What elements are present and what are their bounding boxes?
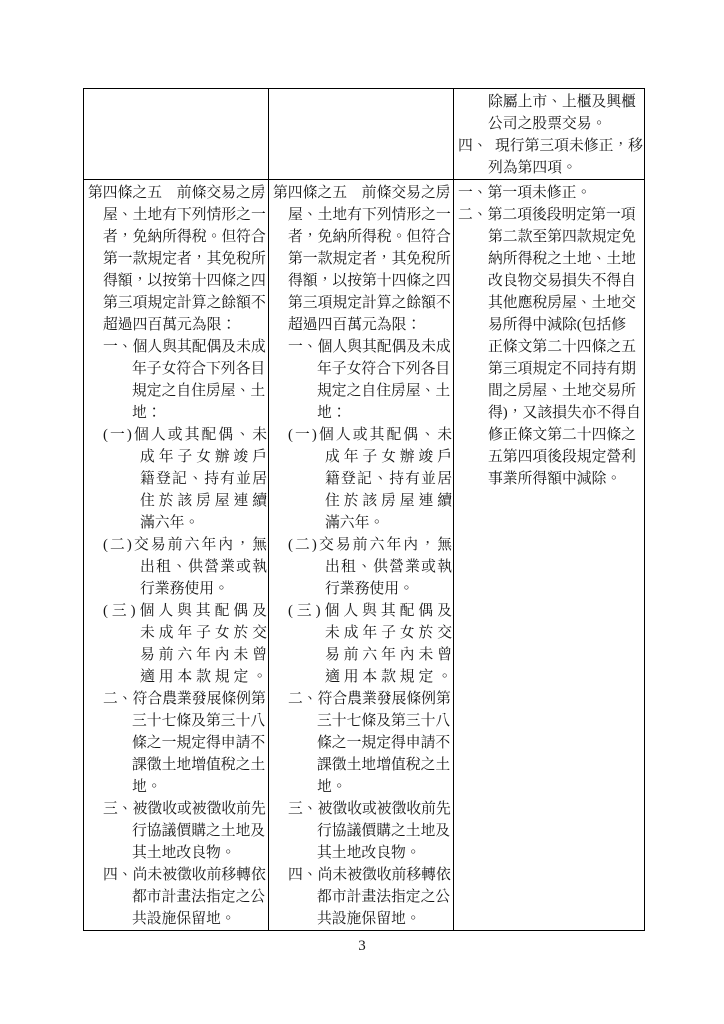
- text-line: 第二款至第四款規定免: [458, 226, 643, 248]
- text-line: 住於該房屋連續: [88, 490, 267, 512]
- text-line: 共設施保留地。: [88, 908, 267, 930]
- text-line: 易前六年內未曾: [273, 644, 452, 666]
- text-line: 籍登記、持有並居: [88, 468, 267, 490]
- text-line: 滿六年。: [88, 512, 267, 534]
- text-line: 行協議價購之土地及: [88, 820, 267, 842]
- text-line: 易所得中減除(包括修: [458, 314, 643, 336]
- text-line: 修正條文第二十四條之: [458, 424, 643, 446]
- text-line: 條之一規定得申請不: [273, 732, 452, 754]
- text-line: 滿六年。: [273, 512, 452, 534]
- text-line: 出租、供營業或執: [273, 556, 452, 578]
- text-line: 未成年子女於交: [88, 622, 267, 644]
- text-line: 住於該房屋連續: [273, 490, 452, 512]
- text-line: 超過四百萬元為限：: [88, 314, 267, 336]
- text-line: 適用本款規定。: [273, 666, 452, 688]
- text-line: (二)交易前六年內，無: [88, 534, 267, 556]
- text-line: 未成年子女於交: [273, 622, 452, 644]
- text-line: 其他應稅房屋、土地交: [458, 292, 643, 314]
- text-line: 一、個人與其配偶及未成: [88, 336, 267, 358]
- text-line: 三、被徵收或被徵收前先: [273, 798, 452, 820]
- text-line: 出租、供營業或執: [88, 556, 267, 578]
- text-line: 適用本款規定。: [88, 666, 267, 688]
- text-line: (二)交易前六年內，無: [273, 534, 452, 556]
- text-line: 正條文第二十四條之五: [458, 336, 643, 358]
- text-line: 易前六年內未曾: [88, 644, 267, 666]
- text-line: 課徵土地增值稅之土: [88, 754, 267, 776]
- text-line: 都市計畫法指定之公: [273, 886, 452, 908]
- text-line: 二、符合農業發展條例第: [88, 688, 267, 710]
- text-line: 其土地改良物。: [88, 842, 267, 864]
- text-line: 公司之股票交易。: [458, 113, 643, 135]
- text-line: 得)，又該損失亦不得自: [458, 402, 643, 424]
- text-line: 年子女符合下列各目: [273, 358, 452, 380]
- text-line: 一、第一項未修正。: [458, 182, 643, 204]
- text-line: 第一款規定者，其免稅所: [273, 248, 452, 270]
- text-line: 第四條之五 前條交易之房: [273, 182, 452, 204]
- text-line: 地：: [273, 402, 452, 424]
- text-line: (三)個人與其配偶及: [273, 600, 452, 622]
- text-line: 事業所得額中減除。: [458, 468, 643, 490]
- text-line: 成年子女辦竣戶: [273, 446, 452, 468]
- text-line: 行業務使用。: [273, 578, 452, 600]
- comparison-table-body: 除屬上市、上櫃及興櫃公司之股票交易。四、 現行第三項未修正，移列為第四項。第四條…: [84, 89, 645, 931]
- text-line: 屋、土地有下列情形之一: [88, 204, 267, 226]
- text-line: (一)個人或其配偶、未: [88, 424, 267, 446]
- text-line: 列為第四項。: [458, 157, 643, 179]
- text-line: 都市計畫法指定之公: [88, 886, 267, 908]
- text-line: 四、尚未被徵收前移轉依: [88, 864, 267, 886]
- text-line: 地。: [88, 776, 267, 798]
- text-line: 成年子女辦竣戶: [88, 446, 267, 468]
- text-line: 四、 現行第三項未修正，移: [458, 135, 643, 157]
- text-line: 二、第二項後段明定第一項: [458, 204, 643, 226]
- text-line: 年子女符合下列各目: [88, 358, 267, 380]
- text-line: 籍登記、持有並居: [273, 468, 452, 490]
- text-line: (一)個人或其配偶、未: [273, 424, 452, 446]
- text-line: 除屬上市、上櫃及興櫃: [458, 91, 643, 113]
- text-line: 行協議價購之土地及: [273, 820, 452, 842]
- cell-carryover-current: [269, 89, 454, 180]
- page-number: 3: [0, 936, 724, 956]
- text-line: 改良物交易損失不得自: [458, 270, 643, 292]
- text-line: 者，免納所得稅。但符合: [273, 226, 452, 248]
- document-page: 除屬上市、上櫃及興櫃公司之股票交易。四、 現行第三項未修正，移列為第四項。第四條…: [0, 0, 724, 1024]
- text-line: 地。: [273, 776, 452, 798]
- text-line: 三、被徵收或被徵收前先: [88, 798, 267, 820]
- cell-carryover-explanation: 除屬上市、上櫃及興櫃公司之股票交易。四、 現行第三項未修正，移列為第四項。: [454, 89, 645, 180]
- text-line: 第三項規定不同持有期: [458, 358, 643, 380]
- cell-carryover-amended: [84, 89, 269, 180]
- text-line: 屋、土地有下列情形之一: [273, 204, 452, 226]
- text-line: 條之一規定得申請不: [88, 732, 267, 754]
- cell-article-current: 第四條之五 前條交易之房屋、土地有下列情形之一者，免納所得稅。但符合第一款規定者…: [269, 180, 454, 931]
- text-line: 間之房屋、土地交易所: [458, 380, 643, 402]
- table-row: 除屬上市、上櫃及興櫃公司之股票交易。四、 現行第三項未修正，移列為第四項。: [84, 89, 645, 180]
- cell-article-explanation: 一、第一項未修正。二、第二項後段明定第一項第二款至第四款規定免納所得稅之土地、土…: [454, 180, 645, 931]
- text-line: 共設施保留地。: [273, 908, 452, 930]
- text-line: 一、個人與其配偶及未成: [273, 336, 452, 358]
- text-line: 第四條之五 前條交易之房: [88, 182, 267, 204]
- text-line: 二、符合農業發展條例第: [273, 688, 452, 710]
- text-line: 超過四百萬元為限：: [273, 314, 452, 336]
- text-line: 地：: [88, 402, 267, 424]
- text-line: (三)個人與其配偶及: [88, 600, 267, 622]
- text-line: 三十七條及第三十八: [273, 710, 452, 732]
- text-line: 得額，以按第十四條之四: [88, 270, 267, 292]
- text-line: 第三項規定計算之餘額不: [88, 292, 267, 314]
- table-row: 第四條之五 前條交易之房屋、土地有下列情形之一者，免納所得稅。但符合第一款規定者…: [84, 180, 645, 931]
- text-line: 五第四項後段規定營利: [458, 446, 643, 468]
- text-line: 規定之自住房屋、土: [88, 380, 267, 402]
- text-line: 四、尚未被徵收前移轉依: [273, 864, 452, 886]
- text-line: 第三項規定計算之餘額不: [273, 292, 452, 314]
- text-line: 課徵土地增值稅之土: [273, 754, 452, 776]
- text-line: 得額，以按第十四條之四: [273, 270, 452, 292]
- text-line: 規定之自住房屋、土: [273, 380, 452, 402]
- text-line: 三十七條及第三十八: [88, 710, 267, 732]
- text-line: 第一款規定者，其免稅所: [88, 248, 267, 270]
- comparison-table: 除屬上市、上櫃及興櫃公司之股票交易。四、 現行第三項未修正，移列為第四項。第四條…: [83, 88, 645, 931]
- text-line: 其土地改良物。: [273, 842, 452, 864]
- text-line: 納所得稅之土地、土地: [458, 248, 643, 270]
- text-line: 行業務使用。: [88, 578, 267, 600]
- text-line: 者，免納所得稅。但符合: [88, 226, 267, 248]
- cell-article-amended: 第四條之五 前條交易之房屋、土地有下列情形之一者，免納所得稅。但符合第一款規定者…: [84, 180, 269, 931]
